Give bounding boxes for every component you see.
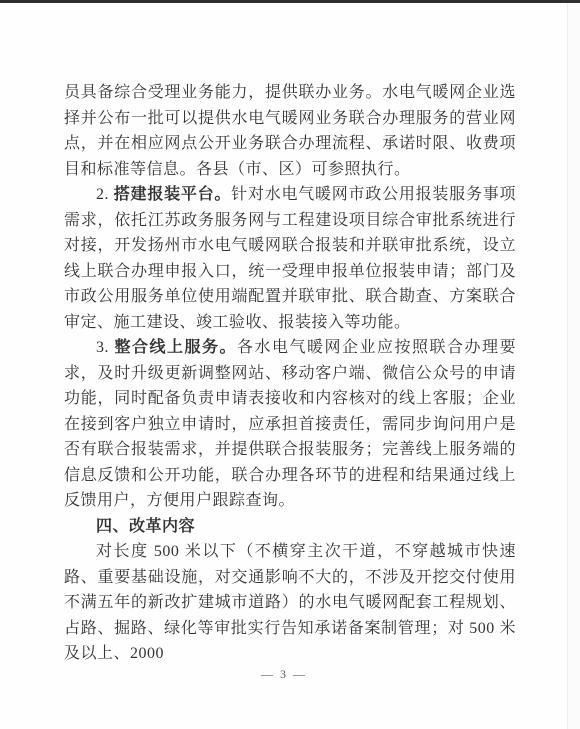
paragraph: 2. 搭建报装平台。针对水电气暖网市政公用报装服务事项需求，依托江苏政务服务网与… xyxy=(64,182,516,335)
document-body: 员具备综合受理业务能力，提供联办业务。水电气暖网企业选择并公布一批可以提供水电气… xyxy=(64,80,516,667)
paragraph: 对长度 500 米以下（不横穿主次干道，不穿越城市快速路、重要基础设施，对交通影… xyxy=(64,539,516,667)
page-right-edge xyxy=(567,3,580,729)
window-top-border xyxy=(0,0,580,3)
paragraph: 3. 整合线上服务。各水电气暖网企业应按照联合办理要求，及时升级更新调整网站、移… xyxy=(64,335,516,514)
section-heading: 四、改革内容 xyxy=(64,514,516,540)
text-run: 针对水电气暖网市政公用报装服务事项需求，依托江苏政务服务网与工程建设项目综合审批… xyxy=(64,186,516,331)
text-run: 对长度 500 米以下（不横穿主次干道，不穿越城市快速路、重要基础设施，对交通影… xyxy=(64,543,516,662)
text-run: 2. xyxy=(96,186,114,203)
paragraph: 员具备综合受理业务能力，提供联办业务。水电气暖网企业选择并公布一批可以提供水电气… xyxy=(64,80,516,182)
text-run: 3. xyxy=(96,339,115,356)
text-run: 搭建报装平台。 xyxy=(114,186,231,203)
text-run: 各水电气暖网企业应按照联合办理要求，及时升级更新调整网站、移动客户端、微信公众号… xyxy=(64,339,516,509)
text-run: 员具备综合受理业务能力，提供联办业务。水电气暖网企业选择并公布一批可以提供水电气… xyxy=(64,84,516,178)
page-number: — 3 — xyxy=(0,667,568,682)
document-page: 员具备综合受理业务能力，提供联办业务。水电气暖网企业选择并公布一批可以提供水电气… xyxy=(0,0,580,729)
text-run: 整合线上服务。 xyxy=(115,339,238,356)
text-run: 四、改革内容 xyxy=(96,518,195,535)
